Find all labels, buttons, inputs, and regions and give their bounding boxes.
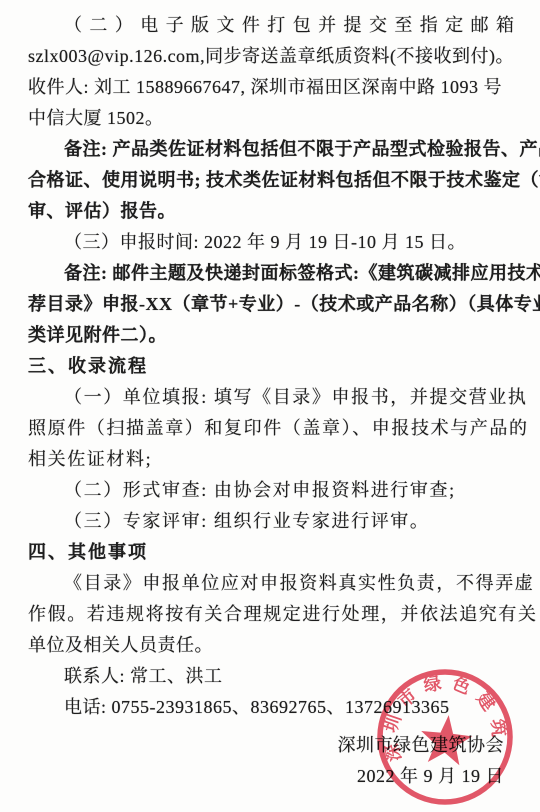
line-recipient: 收件人: 刘工 15889667647, 深圳市福田区深南中路 1093 号 (28, 72, 514, 103)
note-mail-format-line-3: 类详见附件二）。 (28, 320, 514, 351)
step-expert-review: （三）专家评审: 组织行业专家进行评审。 (28, 506, 514, 537)
note-mail-format-line-2: 荐目录》申报-XX（章节+专业）-（技术或产品名称）（具体专业分 (28, 289, 514, 320)
note-product-materials-line-3: 审、评估）报告。 (28, 196, 514, 227)
step-unit-filing-line-2: 照原件（扫描盖章）和复印件（盖章）、申报技术与产品的 (28, 413, 514, 444)
paragraph-responsibility-line-3: 单位及相关人员责任。 (28, 630, 514, 661)
note-product-materials-line-2: 合格证、使用说明书; 技术类佐证材料包括但不限于技术鉴定（评 (28, 165, 514, 196)
note-mail-format-line-1: 备注: 邮件主题及快递封面标签格式:《建筑碳减排应用技术推 (28, 258, 514, 289)
line-email: szlx003@vip.126.com,同步寄送盖章纸质资料(不接收到付)。 (28, 41, 514, 72)
step-unit-filing-line-1: （一）单位填报: 填写《目录》申报书，并提交营业执 (28, 382, 514, 413)
note-product-materials-line-1: 备注: 产品类佐证材料包括但不限于产品型式检验报告、产品 (28, 134, 514, 165)
line-phone: 电话: 0755-23931865、83692765、13726913365 (28, 692, 514, 723)
document-page: （二）电子版文件打包并提交至指定邮箱 szlx003@vip.126.com,同… (0, 0, 540, 812)
step-formal-review: （二）形式审查: 由协会对申报资料进行审查; (28, 475, 514, 506)
step-unit-filing-line-3: 相关佐证材料; (28, 444, 514, 475)
heading-section-4-other: 四、其他事项 (28, 537, 514, 568)
line-contacts: 联系人: 常工、洪工 (28, 661, 514, 692)
signature-organization: 深圳市绿色建筑协会 (28, 730, 514, 761)
signature-date: 2022 年 9 月 19 日 (28, 761, 514, 792)
line-application-period: （三）申报时间: 2022 年 9 月 19 日-10 月 15 日。 (28, 227, 514, 258)
line-address: 中信大厦 1502。 (28, 103, 514, 134)
paragraph-responsibility-line-1: 《目录》申报单位应对申报资料真实性负责，不得弄虚 (28, 568, 514, 599)
paragraph-responsibility-line-2: 作假。若违规将按有关合理规定进行处理，并依法追究有关 (28, 599, 514, 630)
paragraph-electronic-submission: （二）电子版文件打包并提交至指定邮箱 (28, 10, 514, 41)
heading-section-3-process: 三、收录流程 (28, 351, 514, 382)
body-text: （二）电子版文件打包并提交至指定邮箱 szlx003@vip.126.com,同… (28, 10, 514, 792)
